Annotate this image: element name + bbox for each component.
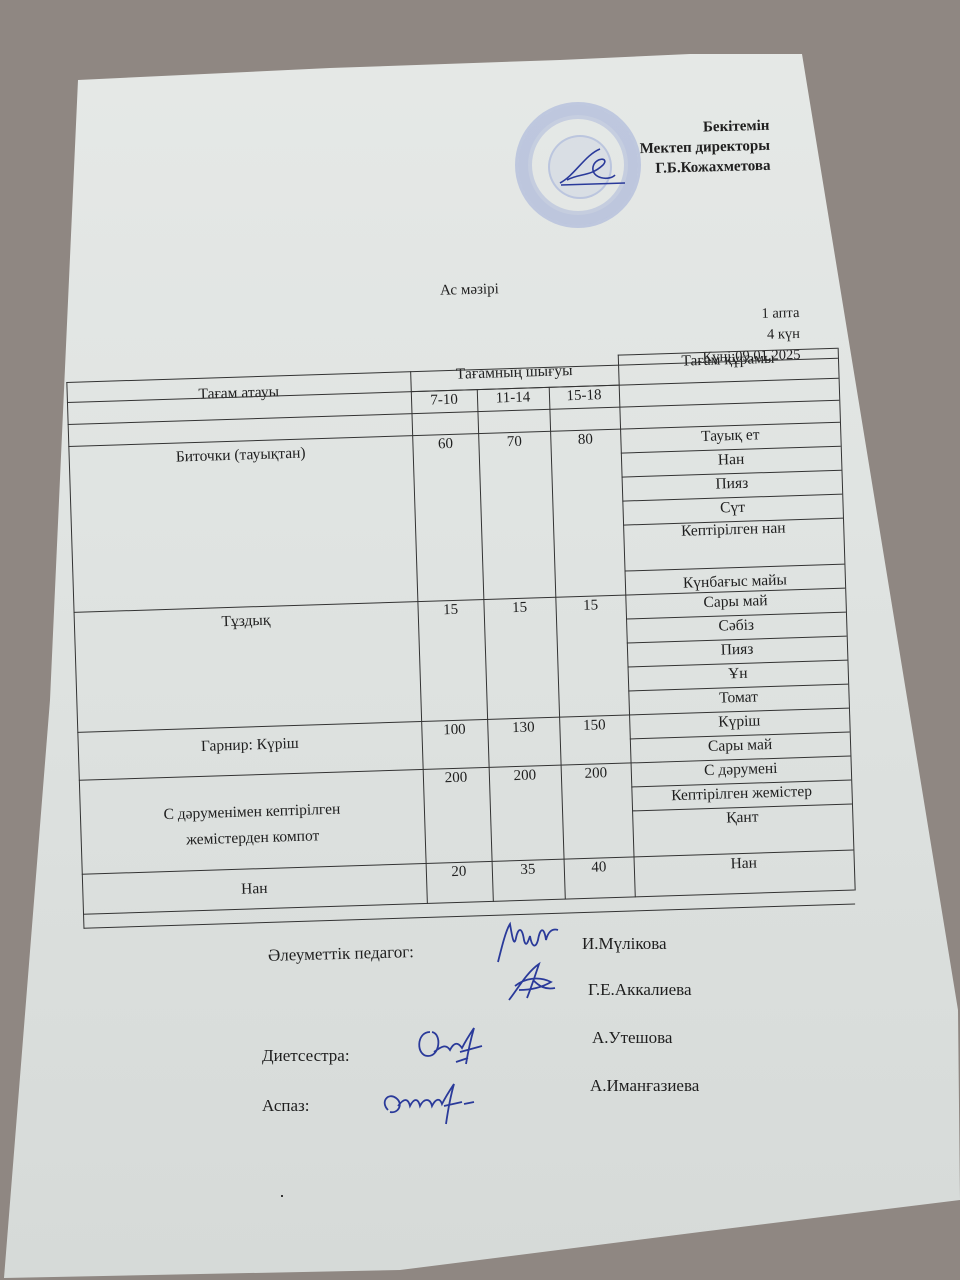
dish-name: Биточки (тауықтан) bbox=[69, 441, 413, 470]
output-value: 35 bbox=[492, 861, 564, 880]
dish-name: Гарнир: Күріш bbox=[78, 731, 422, 760]
output-value: 150 bbox=[559, 716, 629, 735]
output-value: 60 bbox=[412, 435, 479, 454]
table-rule bbox=[549, 387, 566, 900]
header-age-7-10: 7-10 bbox=[411, 391, 478, 410]
name-mulikova: И.Мүлікова bbox=[582, 934, 667, 954]
output-value: 200 bbox=[423, 769, 490, 788]
approval-block: Бекітемін Мектеп директоры Г.Б.Кожахмето… bbox=[599, 116, 771, 180]
output-value: 15 bbox=[483, 599, 555, 618]
output-value: 100 bbox=[421, 721, 488, 740]
name-akkalieva: Г.Е.Аккалиева bbox=[588, 980, 692, 1000]
table-rule bbox=[477, 389, 494, 902]
signature-akkalieva-icon bbox=[505, 960, 560, 1005]
output-value: 130 bbox=[487, 719, 559, 738]
signature-mulikova-icon bbox=[492, 918, 562, 966]
document-title: Ас мәзірі bbox=[440, 281, 499, 300]
name-uteshova: А.Утешова bbox=[592, 1028, 672, 1048]
signature-imangazieva-icon bbox=[378, 1080, 478, 1130]
output-value: 40 bbox=[564, 858, 634, 877]
header-age-11-14: 11-14 bbox=[477, 389, 549, 408]
signature-uteshova-icon bbox=[412, 1022, 497, 1070]
role-social-pedagogue: Әлеуметтік педагог: bbox=[268, 942, 414, 966]
output-value: 200 bbox=[561, 764, 631, 783]
output-value: 20 bbox=[426, 863, 493, 882]
dish-name: Тұздық bbox=[74, 607, 418, 636]
output-value: 15 bbox=[555, 597, 625, 616]
output-value: 80 bbox=[550, 431, 620, 450]
paper-speck bbox=[281, 1195, 283, 1197]
role-dietitian: Диетсестра: bbox=[262, 1046, 350, 1066]
header-age-15-18: 15-18 bbox=[549, 387, 619, 406]
output-value: 15 bbox=[417, 601, 484, 620]
header-output: Тағамның шығуы bbox=[410, 361, 618, 386]
output-value: 200 bbox=[489, 767, 561, 786]
role-cook: Аспаз: bbox=[262, 1096, 309, 1116]
menu-table: Тағам атауы Тағамның шығуы Тағам құрамы … bbox=[66, 347, 882, 908]
dish-name: С дәруменімен кептірілгенжемістерден ком… bbox=[80, 794, 425, 857]
output-value: 70 bbox=[478, 433, 550, 452]
name-imangazieva: А.Иманғазиева bbox=[590, 1076, 699, 1096]
